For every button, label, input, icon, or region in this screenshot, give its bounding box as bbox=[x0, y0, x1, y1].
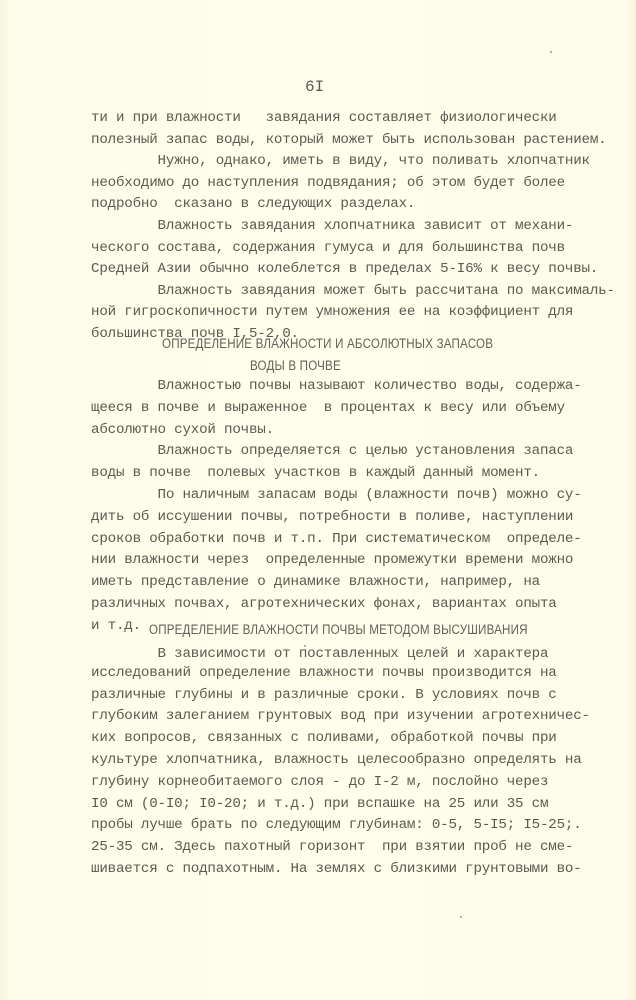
document-page: 6I ти и при влажности завядания составля… bbox=[0, 0, 636, 1000]
text-line: Нужно, однако, иметь в виду, что поливат… bbox=[91, 153, 590, 169]
text-line: I0 см (0-I0; I0-20; и т.д.) при вспашке … bbox=[91, 796, 548, 812]
text-line: Влажность определяется с целью установле… bbox=[91, 443, 573, 459]
scan-speck bbox=[550, 51, 552, 53]
text-line: воды в почве полевых участков в каждый д… bbox=[91, 465, 540, 481]
text-line: исследований определение влажности почвы… bbox=[91, 665, 557, 681]
page-number: 6I bbox=[305, 78, 324, 96]
text-line: В зависимости от поставленных целей и ха… bbox=[91, 646, 548, 662]
text-line: щееся в почве и выраженное в процентах к… bbox=[91, 400, 565, 416]
text-line: ких вопросов, связанных с поливами, обра… bbox=[91, 730, 557, 746]
section-heading-moisture-and-water-reserves: ОПРЕДЕЛЕНИЕ ВЛАЖНОСТИ И АБСОЛЮТНЫХ ЗАПАС… bbox=[162, 336, 493, 351]
text-line: различные глубины и в различные сроки. В… bbox=[91, 687, 557, 703]
text-line: и т.д. bbox=[91, 618, 141, 634]
text-line: пробы лучше брать по следующим глубинам:… bbox=[91, 817, 582, 833]
text-line: глубину корнеобитаемого слоя - до I-2 м,… bbox=[91, 774, 548, 790]
text-line: культуре хлопчатника, влажность целесооб… bbox=[91, 752, 582, 768]
text-line: По наличным запасам воды (влажности почв… bbox=[91, 487, 582, 503]
text-line: шивается с подпахотным. На землях с близ… bbox=[91, 861, 582, 877]
text-line: различных почвах, агротехнических фонах,… bbox=[91, 596, 557, 612]
section-heading-drying-method: ОПРЕДЕЛЕНИЕ ВЛАЖНОСТИ ПОЧВЫ МЕТОДОМ ВЫСУ… bbox=[149, 622, 528, 637]
text-line: Средней Азии обычно колеблется в предела… bbox=[91, 261, 598, 277]
text-line: необходимо до наступления подвядания; об… bbox=[91, 175, 565, 191]
text-line: глубоким залеганием грунтовых вод при из… bbox=[91, 708, 590, 724]
text-line: подробно сказано в следующих разделах. bbox=[91, 196, 415, 212]
section-heading-moisture-and-water-reserves-line2: ВОДЫ В ПОЧВЕ bbox=[250, 358, 341, 373]
scan-speck bbox=[304, 645, 306, 647]
text-line: абсолютно сухой почвы. bbox=[91, 422, 274, 438]
text-line: ческого состава, содержания гумуса и для… bbox=[91, 240, 565, 256]
scan-speck bbox=[460, 916, 462, 918]
text-line: сроков обработки почв и т.п. При система… bbox=[91, 531, 582, 547]
text-line: ти и при влажности завядания составляет … bbox=[91, 110, 557, 126]
text-line: нии влажности через определенные промежу… bbox=[91, 552, 573, 568]
text-line: дить об иссушении почвы, потребности в п… bbox=[91, 509, 573, 525]
text-line: Влажностью почвы называют количество вод… bbox=[91, 378, 582, 394]
text-line: 25-35 см. Здесь пахотный горизонт при вз… bbox=[91, 839, 573, 855]
text-line: иметь представление о динамике влажности… bbox=[91, 574, 540, 590]
text-line: полезный запас воды, который может быть … bbox=[91, 132, 606, 148]
text-line: Влажность завядания хлопчатника зависит … bbox=[91, 218, 573, 234]
text-line: Влажность завядания может быть рассчитан… bbox=[91, 283, 615, 299]
text-line: ной гигроскопичности путем умножения ее … bbox=[91, 304, 573, 320]
